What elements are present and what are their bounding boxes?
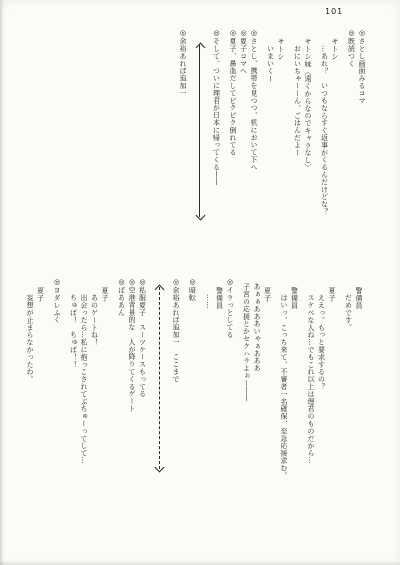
stage-direction: ◎空港背景的な 人が降りてくるゲート: [127, 278, 138, 562]
dialogue-line: あぁぁあああいゃぁあああ: [252, 278, 263, 562]
bottom-text-block: 警備員だめです。夏子ええっ。もっと要求するの？スケベな人ね…でもこれ以上は理君の…: [25, 278, 365, 562]
stage-direction: ◎余裕あれば追加一: [178, 29, 189, 265]
speaker-name: 警備員: [214, 278, 225, 562]
stage-direction: ◎さとし、携帯を見つつ、机において下へ: [249, 29, 260, 265]
page-number: 101: [325, 7, 343, 16]
stage-direction: ◎そして、ついに理君が日本に帰ってくる――: [211, 29, 222, 265]
speaker-name: 警備員: [354, 278, 365, 562]
speaker-name: サトシ: [330, 29, 341, 265]
stage-direction: ◎夏子、鼻血だしてビクビク倒れてる: [228, 29, 239, 265]
dialogue-line: 妄想が止まらなかったわ。: [25, 278, 36, 562]
speaker-name: サトシ妹〈遠くからなのでキャラなし〉: [303, 29, 314, 265]
stage-direction: ◎夏子コマへ: [238, 29, 249, 265]
dialogue-line: はいっ、こっち来て、不審者一名確保、至急応援求む。: [279, 278, 290, 562]
addition-range-arrow-dashed: [154, 278, 165, 562]
dialogue-line: 子宮の応援とかセクハラよぉー――: [241, 278, 252, 562]
dialogue-line: ええっ。もっと要求するの？: [316, 278, 327, 562]
stage-direction: ◎私服夏子 スーツケースもってる: [137, 278, 148, 562]
speaker-name: 夏子: [327, 278, 338, 562]
stage-direction: ◎ばああん: [116, 278, 127, 562]
stage-direction: ◎暗転: [187, 278, 198, 562]
script-page: 101 ◎さとし画面みるコマ◎既読つくサトシ…あれ？ いつもならすぐ返事がくるん…: [0, 0, 400, 565]
stage-direction: ◎イラっとしてる: [225, 278, 236, 562]
dialogue-line: あのゲートね！: [89, 278, 100, 562]
speaker-name: 警備員: [289, 278, 300, 562]
dialogue-line: ちゅば！ ちゅば！！: [68, 278, 79, 562]
stage-direction: ◎既読つく: [346, 29, 357, 265]
speaker-name: 夏子: [262, 278, 273, 562]
dialogue-line: スケベな人ね…でもこれ以上は理君のものだから…: [306, 278, 317, 562]
dialogue-line: 出会ったら…私に抱っこされてぶちゅーってして…: [79, 278, 90, 562]
dialogue-line: いまいくー: [265, 29, 276, 265]
dialogue-line: だめです。: [343, 278, 354, 562]
top-text-block: ◎さとし画面みるコマ◎既読つくサトシ…あれ？ いつもならすぐ返事がくるんだけどな…: [178, 29, 368, 265]
stage-direction: ◎余裕あれば追加一 ここまで: [171, 278, 182, 562]
dialogue-line: …あれ？ いつもならすぐ返事がくるんだけどな？: [319, 29, 330, 265]
dialogue-line: おにいちゃーーん、ごはんだよー: [292, 29, 303, 265]
stage-direction: ◎ヨダレふく: [52, 278, 63, 562]
addition-range-arrow-solid: [194, 29, 205, 265]
speaker-name: 夏子: [100, 278, 111, 562]
speaker-name: サトシ: [276, 29, 287, 265]
stage-direction: ◎さとし画面みるコマ: [357, 29, 368, 265]
speaker-name: 夏子: [35, 278, 46, 562]
dialogue-line: ……: [204, 278, 215, 562]
